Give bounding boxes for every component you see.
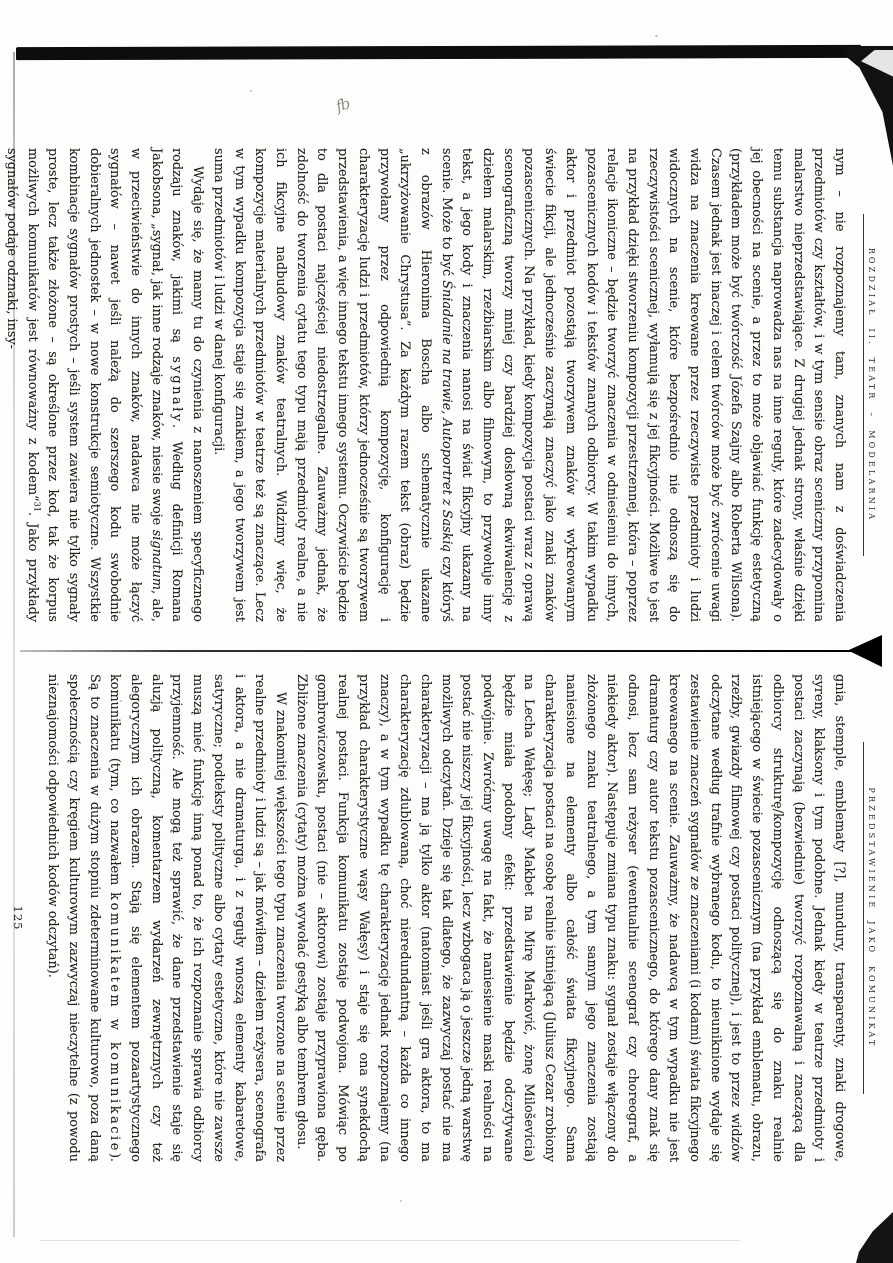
scan-speck xyxy=(655,35,658,37)
page-gutter-corner-fold xyxy=(848,635,882,667)
text-segment: gnia, stemple, emblematy [?], mundury, t… xyxy=(294,674,847,1162)
running-head-rule xyxy=(863,742,864,1093)
scan-top-black-bar xyxy=(16,45,861,60)
text-segment: 31 xyxy=(32,502,41,512)
page-125: PRZEDSTAWIENIE JAKO KOMUNIKAT gnia, stem… xyxy=(88,674,878,1162)
text-segment: W znakomitej większości tego typu znacze… xyxy=(107,674,288,1162)
text-segment: Śniadanie na trawie, Autoportret z Saski… xyxy=(439,280,454,552)
paragraph: W znakomitej większości tego typu znacze… xyxy=(42,674,290,1162)
book-scan: fb ROZDZIAŁ II. TEATR – MODELARNIA nym –… xyxy=(0,0,893,1263)
page-number: 125 xyxy=(11,674,25,1162)
text-segment: sygnały xyxy=(170,356,185,423)
text-segment: komunikatem w komunikacie xyxy=(107,892,122,1153)
page-bottom-edge-shadow xyxy=(40,1240,740,1241)
page-body: nym – nie rozpoznajemy tam, znanych nam … xyxy=(0,148,849,622)
text-segment: nym – nie rozpoznajemy tam, znanych nam … xyxy=(439,148,847,622)
page-124: ROZDZIAŁ II. TEATR – MODELARNIA nym – ni… xyxy=(88,148,878,622)
running-head-rule xyxy=(863,214,864,555)
handwritten-pencil-mark: fb xyxy=(334,94,352,115)
scan-speck xyxy=(250,90,252,92)
text-segment: , ale, w przeciwieństwie do innych znakó… xyxy=(25,148,164,622)
text-segment: signatum xyxy=(149,530,164,590)
paragraph: gnia, stemple, emblematy [?], mundury, t… xyxy=(290,674,849,1162)
paragraph: Wydaje się, że mamy tu do czynienia z na… xyxy=(0,148,207,622)
page-125-content: PRZEDSTAWIENIE JAKO KOMUNIKAT gnia, stem… xyxy=(88,674,878,1162)
text-segment: czy któryś z obrazów Hieronima Boscha al… xyxy=(211,148,454,622)
page-gutter-line xyxy=(20,650,876,652)
paragraph: nym – nie rozpoznajemy tam, znanych nam … xyxy=(207,148,849,622)
running-head: ROZDZIAŁ II. TEATR – MODELARNIA xyxy=(867,148,878,622)
scan-bottom-right-corner-artifact xyxy=(856,1212,893,1263)
page-124-content: ROZDZIAŁ II. TEATR – MODELARNIA nym – ni… xyxy=(88,148,878,622)
scan-speck xyxy=(400,1200,402,1202)
page-body: gnia, stemple, emblematy [?], mundury, t… xyxy=(42,674,849,1162)
running-head: PRZEDSTAWIENIE JAKO KOMUNIKAT xyxy=(867,674,878,1162)
